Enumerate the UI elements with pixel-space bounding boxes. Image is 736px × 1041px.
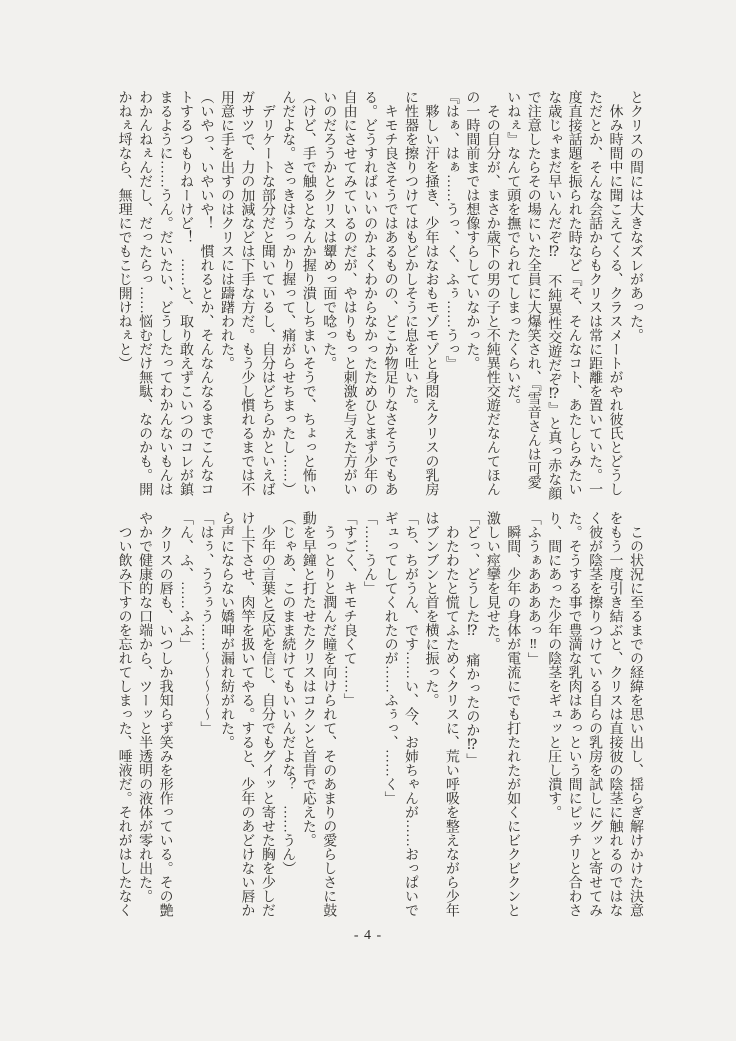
text-column: （じゃあ、このまま続けてもいいんだよな？ ……うん） bbox=[277, 511, 297, 919]
text-column: 動を早鐘と打たせたクリスはコクンと首肯で応えた。 bbox=[297, 511, 317, 919]
text-column: やかで健康的な口端から、ツーッと半透明の液体が零れ出た。 bbox=[134, 511, 154, 919]
text-column: はブンブンと首を横に振った。 bbox=[420, 511, 440, 919]
text-column: 瞬間、少年の身体が電流にでも打たれたが如くにビクビクンと bbox=[502, 511, 522, 919]
page-number: - 4 - bbox=[0, 928, 736, 944]
text-column: 「……うん」 bbox=[359, 511, 379, 919]
text-column: その自分が、まさか歳下の男の子と不純異性交遊だなんてほん bbox=[481, 90, 501, 498]
text-column: ただとか、そんな会話からもクリスは常に距離を置いていた。一 bbox=[584, 90, 604, 498]
text-column: 少年の言葉と反応を信じ、自分でもグイッと寄せた胸を少しだ bbox=[256, 511, 276, 919]
text-column: ら声にならない嬌呻が漏れ紡がれた。 bbox=[215, 511, 235, 919]
text-column: んだよな。さっきはうっかり握って、痛がらせちまったし……） bbox=[277, 90, 297, 498]
text-column: 度直接話題を振られた時など『そ、そんなコト、あたしらみたい bbox=[563, 90, 583, 498]
text-column: に性器を擦りつけてはもどかしそうに息を吐いた。 bbox=[400, 90, 420, 498]
text-column: かねぇ埒なら、無理にでもこじ開けねぇと） bbox=[113, 90, 133, 498]
text-column: ガサツで、力の加減などは下手な方だ。もう少し慣れるまでは不 bbox=[236, 90, 256, 498]
text-column: 休み時間中に聞こえてくる、クラスメートがやれ彼氏とどうし bbox=[604, 90, 624, 498]
text-column: をもう一度引き結ぶと、クリスは直接彼の陰茎に触れるのではな bbox=[604, 511, 624, 919]
text-column: 自由にさせてみているのだが、やはりもっと刺激を与えた方がい bbox=[338, 90, 358, 498]
text-column: る。どうすればいいのかよくわからなかったためひとまず少年の bbox=[359, 90, 379, 498]
text-column: まるように……うん。だいたい、どうしたってわかんないもんは bbox=[154, 90, 174, 498]
scanned-novel-page: とクリスの間には大きなズレがあった。休み時間中に聞こえてくる、クラスメートがやれ… bbox=[0, 0, 736, 1041]
text-column: うっとりと潤んだ瞳を向けられて、そのあまりの愛らしさに鼓 bbox=[318, 511, 338, 919]
text-column: く彼が陰茎を擦りつけている自らの乳房を試しにグッと寄せてみ bbox=[584, 511, 604, 919]
text-column: わたわたと慌てふためくクリスに、荒い呼吸を整えながら少年 bbox=[440, 511, 460, 919]
text-column: （けど、手で触るとなんか握り潰しちまいそうで、ちょっと怖い bbox=[297, 90, 317, 498]
text-column: 「はぅ、ううぅう……～～～～～」 bbox=[195, 511, 215, 919]
text-column: 激しい痙攣を見せた。 bbox=[481, 511, 501, 919]
text-column: の一時間前までは想像すらしていなかった。 bbox=[461, 90, 481, 498]
text-column: 「ち、ちがうん、です……い、今、お姉ちゃんが……おっぱいで bbox=[400, 511, 420, 919]
text-column: ギュってしてくれたのが……ふぅっ、……く」 bbox=[379, 511, 399, 919]
text-column: （いやっ、いやいや！ 慣れるとか、そんなんなるまでこんなコ bbox=[195, 90, 215, 498]
text-column: 『はぁ、はぁ……うっ、く、ふぅ……うっ』 bbox=[440, 90, 460, 498]
text-column: この状況に至るまでの経緯を思い出し、揺らぎ解けかけた決意 bbox=[625, 511, 645, 919]
text-column: つい飲み下すのを忘れてしまった、唾液だ。それがはしたなく bbox=[113, 511, 133, 919]
text-column: け上下させ、肉竿を扱いてやる。すると、少年のあどけない唇か bbox=[236, 511, 256, 919]
text-column: クリスの唇も、いつしか我知らず笑みを形作っている。その艶 bbox=[154, 511, 174, 919]
text-column: 「すごく、キモチ良くて……」 bbox=[338, 511, 358, 919]
text-column: 用意に手を出すのはクリスには躊躇われた。 bbox=[215, 90, 235, 498]
text-block-bottom: この状況に至るまでの経緯を思い出し、揺らぎ解けかけた決意をもう一度引き結ぶと、ク… bbox=[113, 511, 645, 919]
text-column: で注意したらその場にいた全員に大爆笑され、『雪音さんは可愛 bbox=[522, 90, 542, 498]
text-column: デリケートな部分だと聞いているし、自分はどちらかといえば bbox=[256, 90, 276, 498]
text-column: り、間にあった少年の陰茎をギュッと圧し潰す。 bbox=[543, 511, 563, 919]
text-column: 夥しい汗を掻き、少年はなおもモゾモゾと身悶えクリスの乳房 bbox=[420, 90, 440, 498]
text-column: わかんねぇんだし、だったらっ……悩むだけ無駄、なのかも。開 bbox=[134, 90, 154, 498]
text-column: た。そうする事で豊満な乳肉はあっという間にピッチリと合わさ bbox=[563, 511, 583, 919]
text-column: 「どっ、どうした⁉ 痛かったのか⁉」 bbox=[461, 511, 481, 919]
text-block-top: とクリスの間には大きなズレがあった。休み時間中に聞こえてくる、クラスメートがやれ… bbox=[113, 90, 645, 498]
text-column: キモチ良さそうではあるものの、どこか物足りなさそうでもあ bbox=[379, 90, 399, 498]
text-column: いねぇ』なんて頭を撫でられてしまったくらいだ。 bbox=[502, 90, 522, 498]
text-column: とクリスの間には大きなズレがあった。 bbox=[625, 90, 645, 498]
text-column: いのだろうかとクリスは顰めっ面で唸った。 bbox=[318, 90, 338, 498]
text-column: 「ん、ふ、……ふふ」 bbox=[175, 511, 195, 919]
text-column: 「ふうぁああああっ‼」 bbox=[522, 511, 542, 919]
text-column: な歳じゃまだ早いんだぞ⁉ 不純異性交遊だぞ⁉』と真っ赤な顔 bbox=[543, 90, 563, 498]
text-column: トするつもりねーけど！ ……と、取り敢えずこいつのコレが鎮 bbox=[175, 90, 195, 498]
